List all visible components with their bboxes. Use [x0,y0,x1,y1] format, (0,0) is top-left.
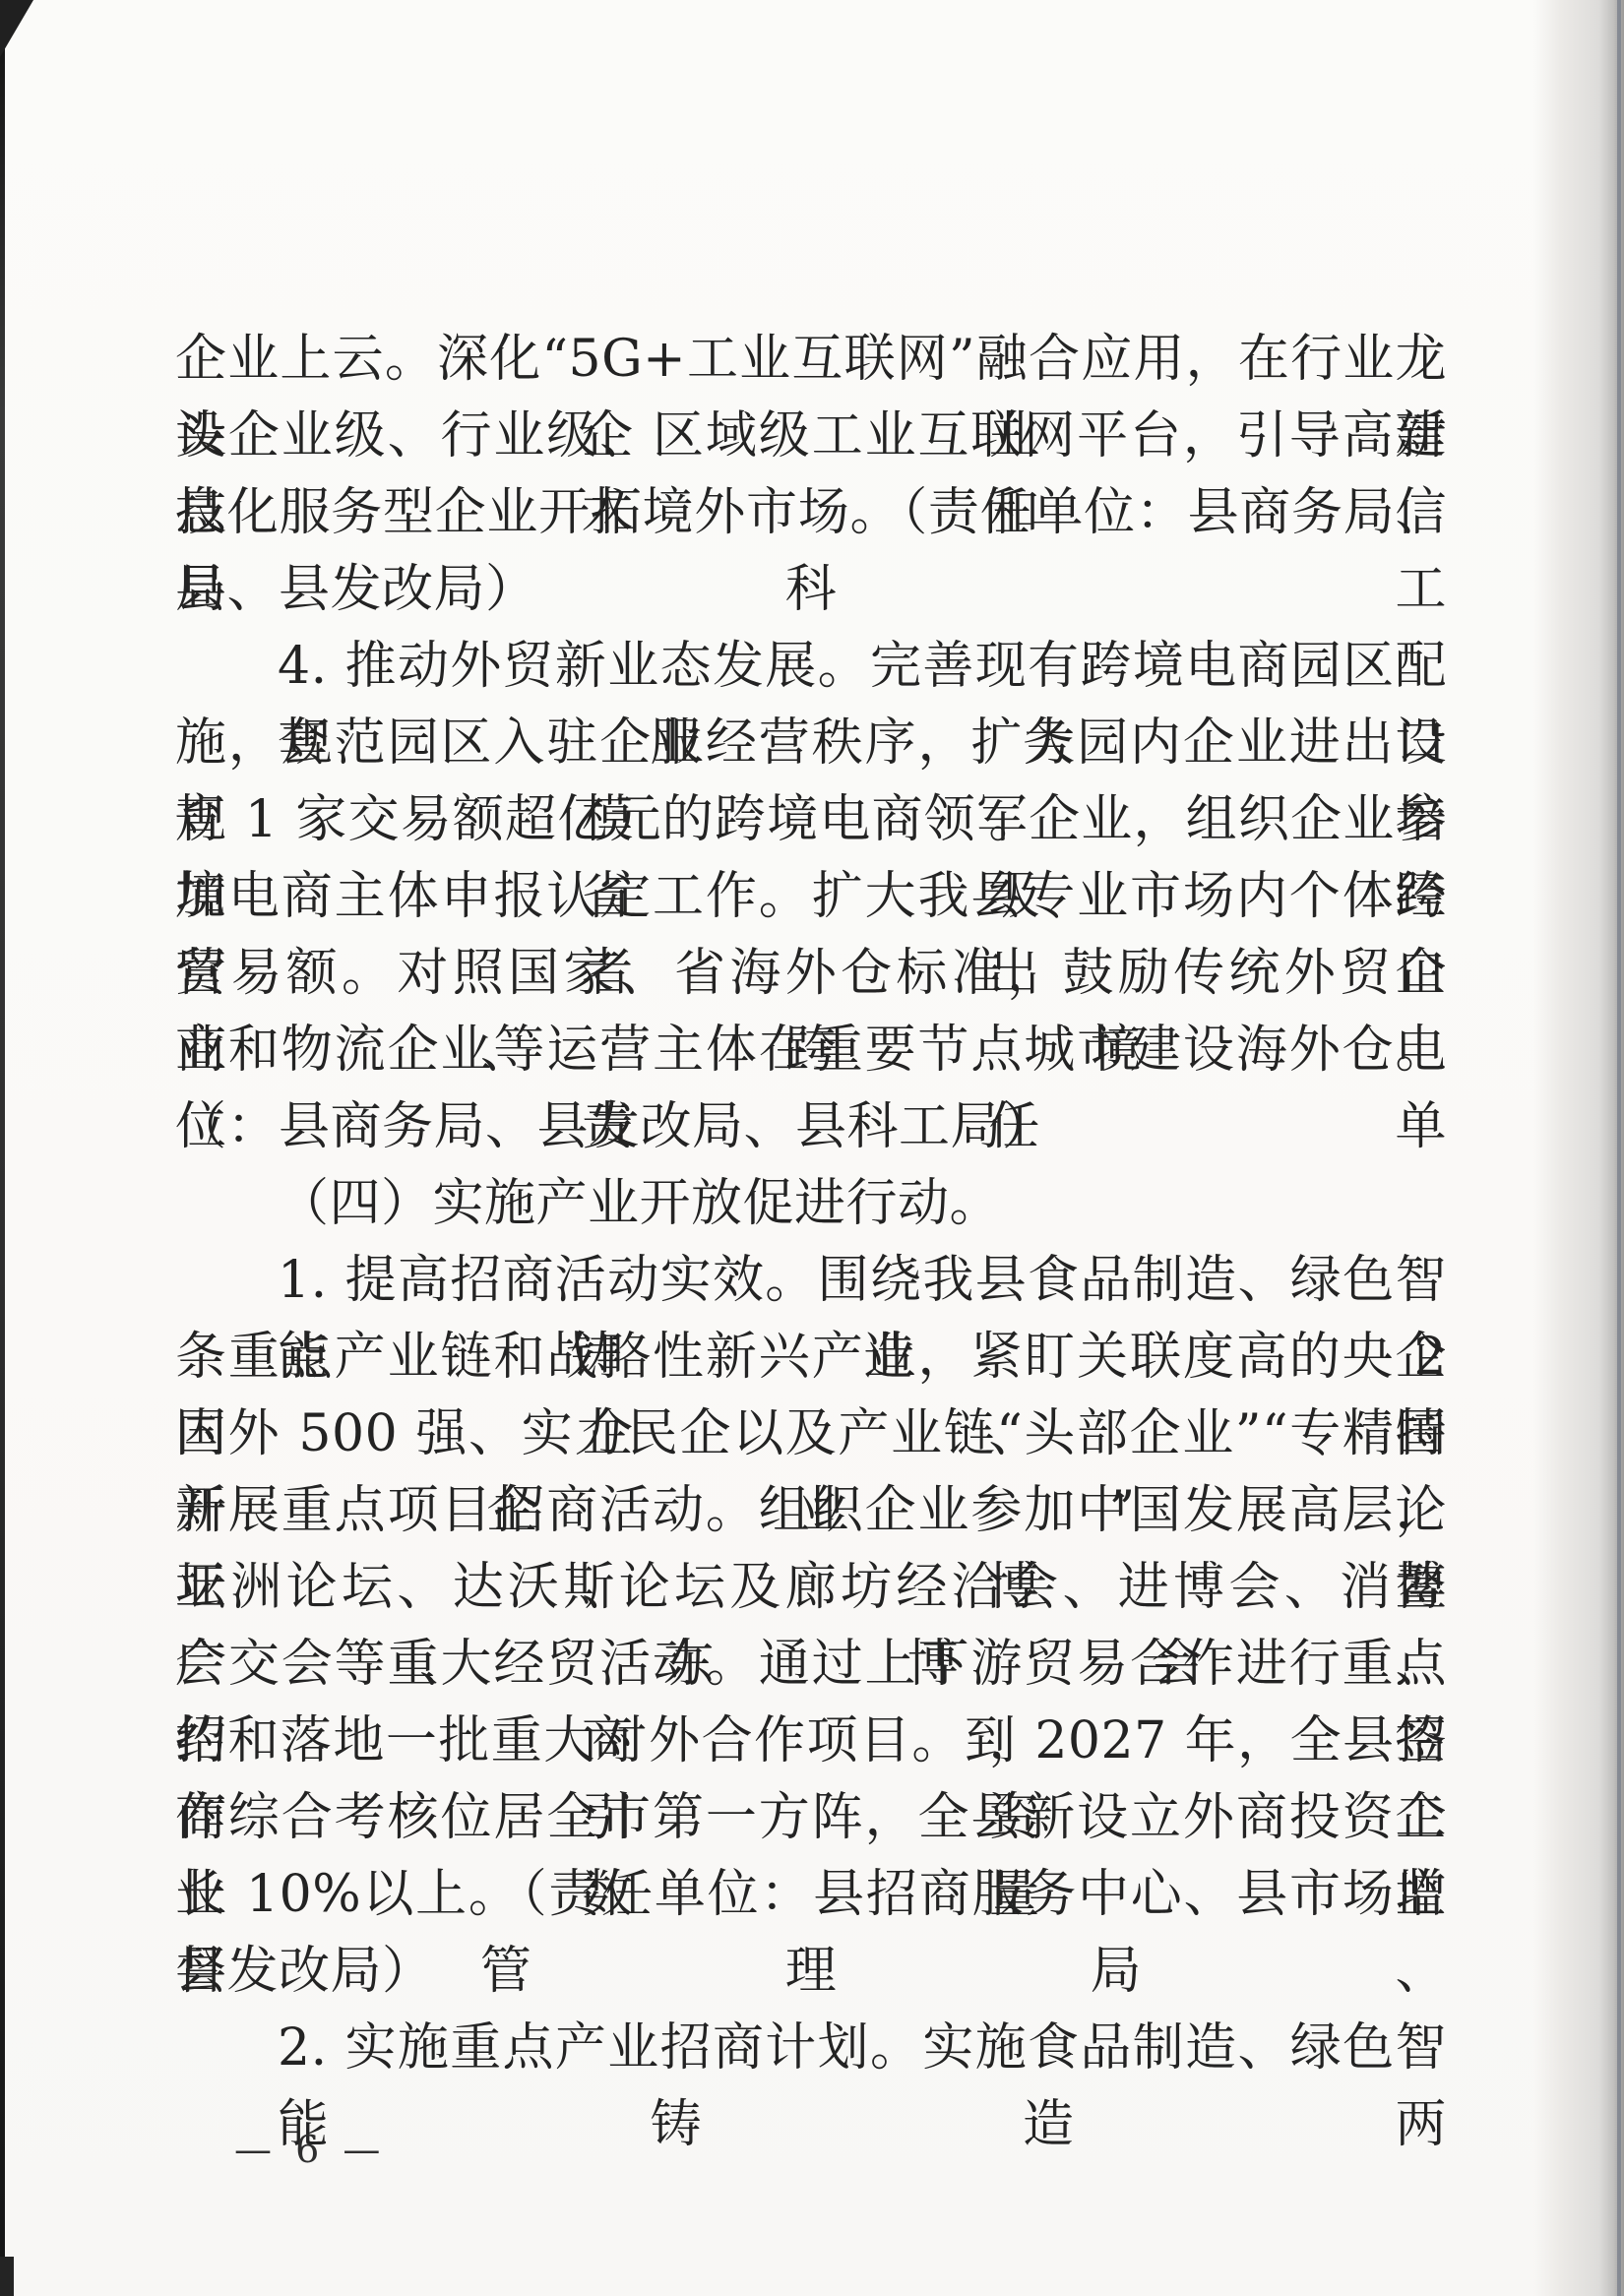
text-line: 开展重点项目招商活动。组织企业参加中国发展高层论坛、博鳌 [175,1472,1447,1549]
text-line: 贸易额。对照国家、省海外仓标准，鼓励传统外贸企业、跨境电 [175,935,1447,1012]
text-line: 4. 推动外贸新业态发展。完善现有跨境电商园区配套服务设 [175,628,1447,705]
text-line: 商和物流企业等运营主体在重要节点城市建设海外仓。（责任单 [175,1012,1447,1088]
text-line: 息化服务型企业开拓境外市场。（责任单位：县商务局、县科工 [175,474,1447,551]
text-line: 1. 提高招商活动实效。围绕我县食品制造、绿色智能铸造 2 [175,1242,1447,1319]
text-line: 境电商主体申报认定工作。扩大我县专业市场内个体经营者出口 [175,858,1447,935]
text-line: 设企业级、行业级、区域级工业互联网平台，引导高新技术和信 [175,398,1447,474]
text-line: 亚洲论坛、达沃斯论坛及廊坊经洽会、进博会、消博会、东博会、 [175,1549,1447,1626]
text-line: 作综合考核位居全市第一方阵，全县新设立外商投资企业数量增 [175,1779,1447,1856]
text-line: （四）实施产业开放促进行动。 [175,1165,1447,1242]
page-number: — 6 — [234,2128,386,2171]
text-line: 长 10%以上。（责任单位：县招商服务中心、县市场监督管理局、 [175,1856,1447,1933]
scan-edge-right-line [1617,0,1621,2296]
text-line: 施，规范园区入驻企业经营秩序，扩大园内企业进出口规模。培 [175,705,1447,781]
text-line: 2. 实施重点产业招商计划。实施食品制造、绿色智能铸造两 [175,2010,1447,2086]
text-line: 条重点产业链和战略性新兴产业，紧盯关联度高的央企国企、国 [175,1319,1447,1396]
text-line: 广交会等重大经贸活动。通过上下游贸易合作进行重点招商，签 [175,1626,1447,1703]
scan-edge-right [1533,0,1624,2296]
document-text-block: 企业上云。深化“5G+工业互联网”融合应用，在行业龙头企业建设企业级、行业级、区… [175,321,1447,2086]
text-line: 企业上云。深化“5G+工业互联网”融合应用，在行业龙头企业建 [175,321,1447,398]
scan-corner-top-left [0,0,33,57]
text-line: 内外 500 强、实力民企以及产业链“头部企业”“专精特新企业”， [175,1396,1447,1472]
text-line: 约和落地一批重大对外合作项目。到 2027 年，全县招商引资工 [175,1703,1447,1779]
text-line: 育 1 家交易额超亿元的跨境电商领军企业，组织企业参加省级跨 [175,781,1447,858]
scan-corner-bottom-left [0,2257,14,2296]
scan-edge-left [0,0,5,2296]
scanned-document-page: 企业上云。深化“5G+工业互联网”融合应用，在行业龙头企业建设企业级、行业级、区… [0,0,1624,2296]
